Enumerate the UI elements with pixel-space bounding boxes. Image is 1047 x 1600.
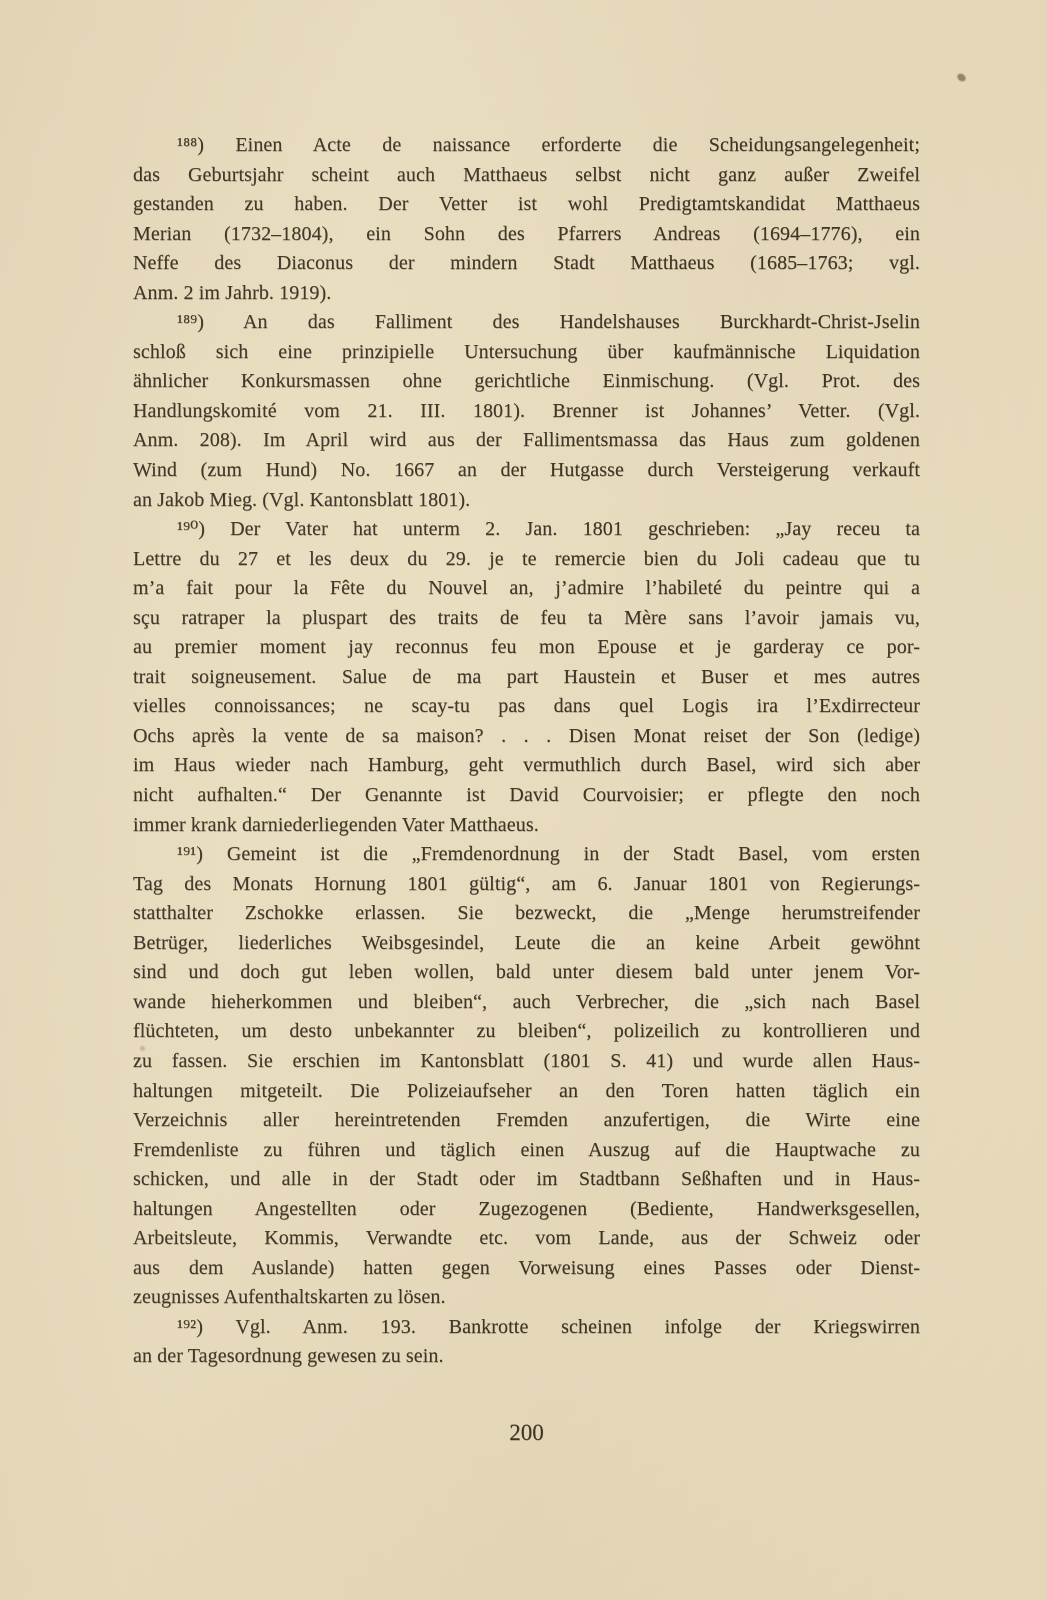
page-number: 200 <box>133 1420 920 1446</box>
footnote-line: zeugnisses Aufenthaltskarten zu lösen. <box>133 1283 920 1313</box>
scanned-book-page: ¹⁸⁸) Einen Acte de naissance erforderte … <box>0 0 1047 1600</box>
footnote-line: Fremdenliste zu führen und täglich einen… <box>133 1136 920 1166</box>
footnote-line: ¹⁹¹) Gemeint ist die „Fremdenordnung in … <box>133 840 920 870</box>
footnote-line: Neffe des Diaconus der mindern Stadt Mat… <box>133 249 920 279</box>
footnote-line: sçu ratraper la pluspart des traits de f… <box>133 604 920 634</box>
footnote-line: au premier moment jay reconnus feu mon E… <box>133 633 920 663</box>
footnote-line: Anm. 2 im Jahrb. 1919). <box>133 279 920 309</box>
footnote-line: aus dem Auslande) hatten gegen Vorweisun… <box>133 1254 920 1284</box>
footnote-line: haltungen Angestellten oder Zugezogenen … <box>133 1195 920 1225</box>
footnote-line: flüchteten, um desto unbekannter zu blei… <box>133 1017 920 1047</box>
footnote-line: Handlungskomité vom 21. III. 1801). Bren… <box>133 397 920 427</box>
footnote-190: ¹⁹⁰) Der Vater hat unterm 2. Jan. 1801 g… <box>133 515 920 840</box>
footnote-line: im Haus wieder nach Hamburg, geht vermut… <box>133 751 920 781</box>
footnote-line: das Geburtsjahr scheint auch Matthaeus s… <box>133 161 920 191</box>
footnote-line: ¹⁸⁹) An das Falliment des Handelshauses … <box>133 308 920 338</box>
footnote-line: statthalter Zschokke erlassen. Sie bezwe… <box>133 899 920 929</box>
footnote-191: ¹⁹¹) Gemeint ist die „Fremdenordnung in … <box>133 840 920 1313</box>
paper-speck <box>956 72 967 83</box>
footnote-line: wande hieherkommen und bleiben“, auch Ve… <box>133 988 920 1018</box>
footnote-line: ¹⁹⁰) Der Vater hat unterm 2. Jan. 1801 g… <box>133 515 920 545</box>
footnote-line: ¹⁹²) Vgl. Anm. 193. Bankrotte scheinen i… <box>133 1313 920 1343</box>
footnote-line: Lettre du 27 et les deux du 29. je te re… <box>133 545 920 575</box>
footnote-line: Ochs après la vente de sa maison? . . . … <box>133 722 920 752</box>
footnote-192: ¹⁹²) Vgl. Anm. 193. Bankrotte scheinen i… <box>133 1313 920 1372</box>
footnote-line: zu fassen. Sie erschien im Kantonsblatt … <box>133 1047 920 1077</box>
footnote-line: Arbeitsleute, Kommis, Verwandte etc. vom… <box>133 1224 920 1254</box>
footnotes-block: ¹⁸⁸) Einen Acte de naissance erforderte … <box>133 131 920 1372</box>
footnote-line: Betrüger, liederliches Weibsgesindel, Le… <box>133 929 920 959</box>
footnote-line: schloß sich eine prinzipielle Untersuchu… <box>133 338 920 368</box>
footnote-line: an der Tagesordnung gewesen zu sein. <box>133 1342 920 1372</box>
footnote-line: trait soigneusement. Salue de ma part Ha… <box>133 663 920 693</box>
footnote-line: ähnlicher Konkursmassen ohne gerichtlich… <box>133 367 920 397</box>
footnote-line: an Jakob Mieg. (Vgl. Kantonsblatt 1801). <box>133 486 920 516</box>
footnote-189: ¹⁸⁹) An das Falliment des Handelshauses … <box>133 308 920 515</box>
footnote-line: schicken, und alle in der Stadt oder im … <box>133 1165 920 1195</box>
footnote-line: nicht aufhalten.“ Der Genannte ist David… <box>133 781 920 811</box>
footnote-line: Verzeichnis aller hereintretenden Fremde… <box>133 1106 920 1136</box>
footnote-line: Tag des Monats Hornung 1801 gültig“, am … <box>133 870 920 900</box>
footnote-line: Anm. 208). Im April wird aus der Fallime… <box>133 426 920 456</box>
footnote-line: gestanden zu haben. Der Vetter ist wohl … <box>133 190 920 220</box>
footnote-line: sind und doch gut leben wollen, bald unt… <box>133 958 920 988</box>
footnote-line: haltungen mitgeteilt. Die Polizeiaufsehe… <box>133 1077 920 1107</box>
footnote-188: ¹⁸⁸) Einen Acte de naissance erforderte … <box>133 131 920 308</box>
footnote-line: Merian (1732–1804), ein Sohn des Pfarrer… <box>133 220 920 250</box>
footnote-line: m’a fait pour la Fête du Nouvel an, j’ad… <box>133 574 920 604</box>
footnote-line: vielles connoissances; ne scay-tu pas da… <box>133 692 920 722</box>
footnote-line: immer krank darniederliegenden Vater Mat… <box>133 811 920 841</box>
footnote-line: Wind (zum Hund) No. 1667 an der Hutgasse… <box>133 456 920 486</box>
footnote-line: ¹⁸⁸) Einen Acte de naissance erforderte … <box>133 131 920 161</box>
